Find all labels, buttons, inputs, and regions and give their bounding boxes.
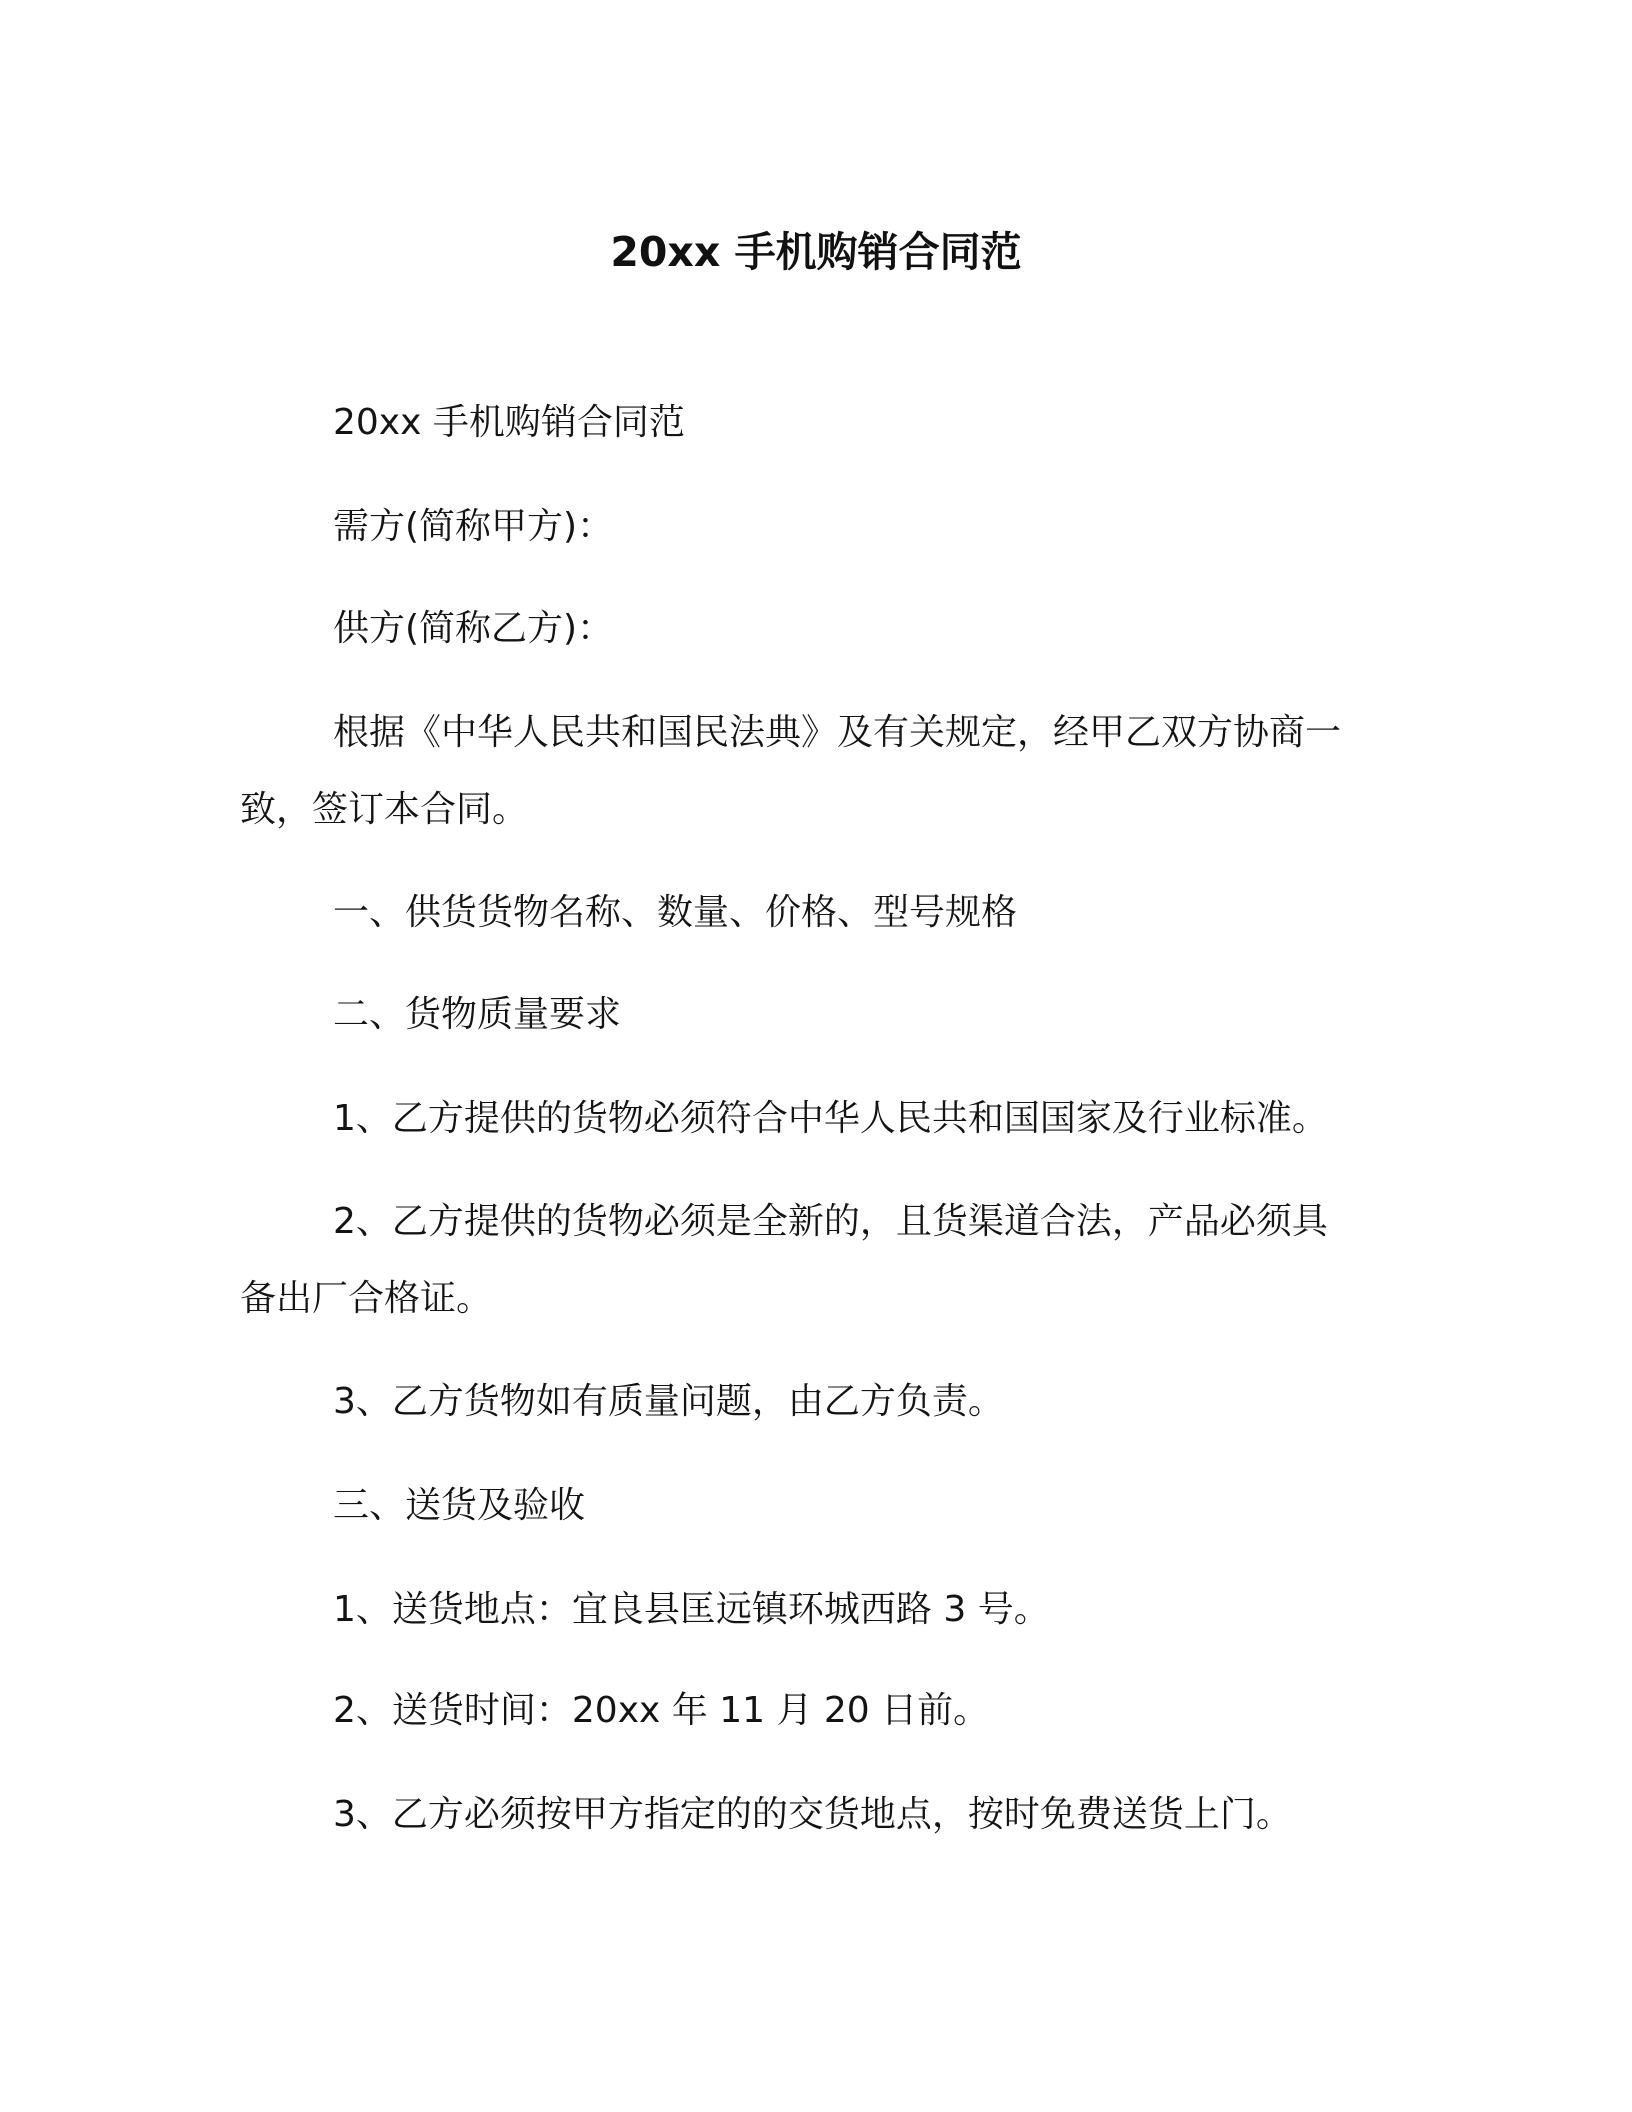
paragraph-line: 1、送货地点：宜良县匡远镇环城西路 3 号。 bbox=[240, 1571, 1376, 1648]
paragraph-line: 需方(简称甲方)： bbox=[240, 488, 1376, 565]
section-1-heading: 一、供货货物名称、数量、价格、型号规格 bbox=[240, 874, 1376, 951]
party-b-paragraph: 供方(简称乙方)： bbox=[240, 590, 1376, 667]
paragraph-line: 3、乙方必须按甲方指定的的交货地点，按时免费送货上门。 bbox=[240, 1776, 1376, 1853]
paragraph-line: 20xx 手机购销合同范 bbox=[240, 384, 1376, 461]
section-2-item-2: 2、乙方提供的货物必须是全新的，且货渠道合法，产品必须具 备出厂合格证。 bbox=[240, 1183, 1376, 1337]
paragraph-line: 三、送货及验收 bbox=[240, 1467, 1376, 1544]
paragraph-line: 2、送货时间：20xx 年 11 月 20 日前。 bbox=[240, 1672, 1376, 1749]
document-page: 20xx 手机购销合同范 20xx 手机购销合同范 需方(简称甲方)： 供方(简… bbox=[0, 0, 1632, 2112]
paragraph-line: 供方(简称乙方)： bbox=[240, 590, 1376, 667]
section-3-item-1: 1、送货地点：宜良县匡远镇环城西路 3 号。 bbox=[240, 1571, 1376, 1648]
document-title: 20xx 手机购销合同范 bbox=[0, 224, 1632, 280]
paragraph-line: 2、乙方提供的货物必须是全新的，且货渠道合法，产品必须具 bbox=[240, 1183, 1376, 1260]
section-2-item-1: 1、乙方提供的货物必须符合中华人民共和国国家及行业标准。 bbox=[240, 1080, 1376, 1157]
subtitle-paragraph: 20xx 手机购销合同范 bbox=[240, 384, 1376, 461]
section-3-item-2: 2、送货时间：20xx 年 11 月 20 日前。 bbox=[240, 1672, 1376, 1749]
section-3-item-3: 3、乙方必须按甲方指定的的交货地点，按时免费送货上门。 bbox=[240, 1776, 1376, 1853]
paragraph-line: 备出厂合格证。 bbox=[240, 1260, 1376, 1337]
preamble-paragraph: 根据《中华人民共和国民法典》及有关规定，经甲乙双方协商一 致，签订本合同。 bbox=[240, 694, 1376, 848]
section-2-heading: 二、货物质量要求 bbox=[240, 976, 1376, 1053]
paragraph-line: 二、货物质量要求 bbox=[240, 976, 1376, 1053]
paragraph-line: 3、乙方货物如有质量问题，由乙方负责。 bbox=[240, 1363, 1376, 1440]
paragraph-line: 一、供货货物名称、数量、价格、型号规格 bbox=[240, 874, 1376, 951]
party-a-paragraph: 需方(简称甲方)： bbox=[240, 488, 1376, 565]
paragraph-line: 1、乙方提供的货物必须符合中华人民共和国国家及行业标准。 bbox=[240, 1080, 1376, 1157]
section-2-item-3: 3、乙方货物如有质量问题，由乙方负责。 bbox=[240, 1363, 1376, 1440]
paragraph-line: 根据《中华人民共和国民法典》及有关规定，经甲乙双方协商一 bbox=[240, 694, 1376, 771]
section-3-heading: 三、送货及验收 bbox=[240, 1467, 1376, 1544]
paragraph-line: 致，签订本合同。 bbox=[240, 771, 1376, 848]
